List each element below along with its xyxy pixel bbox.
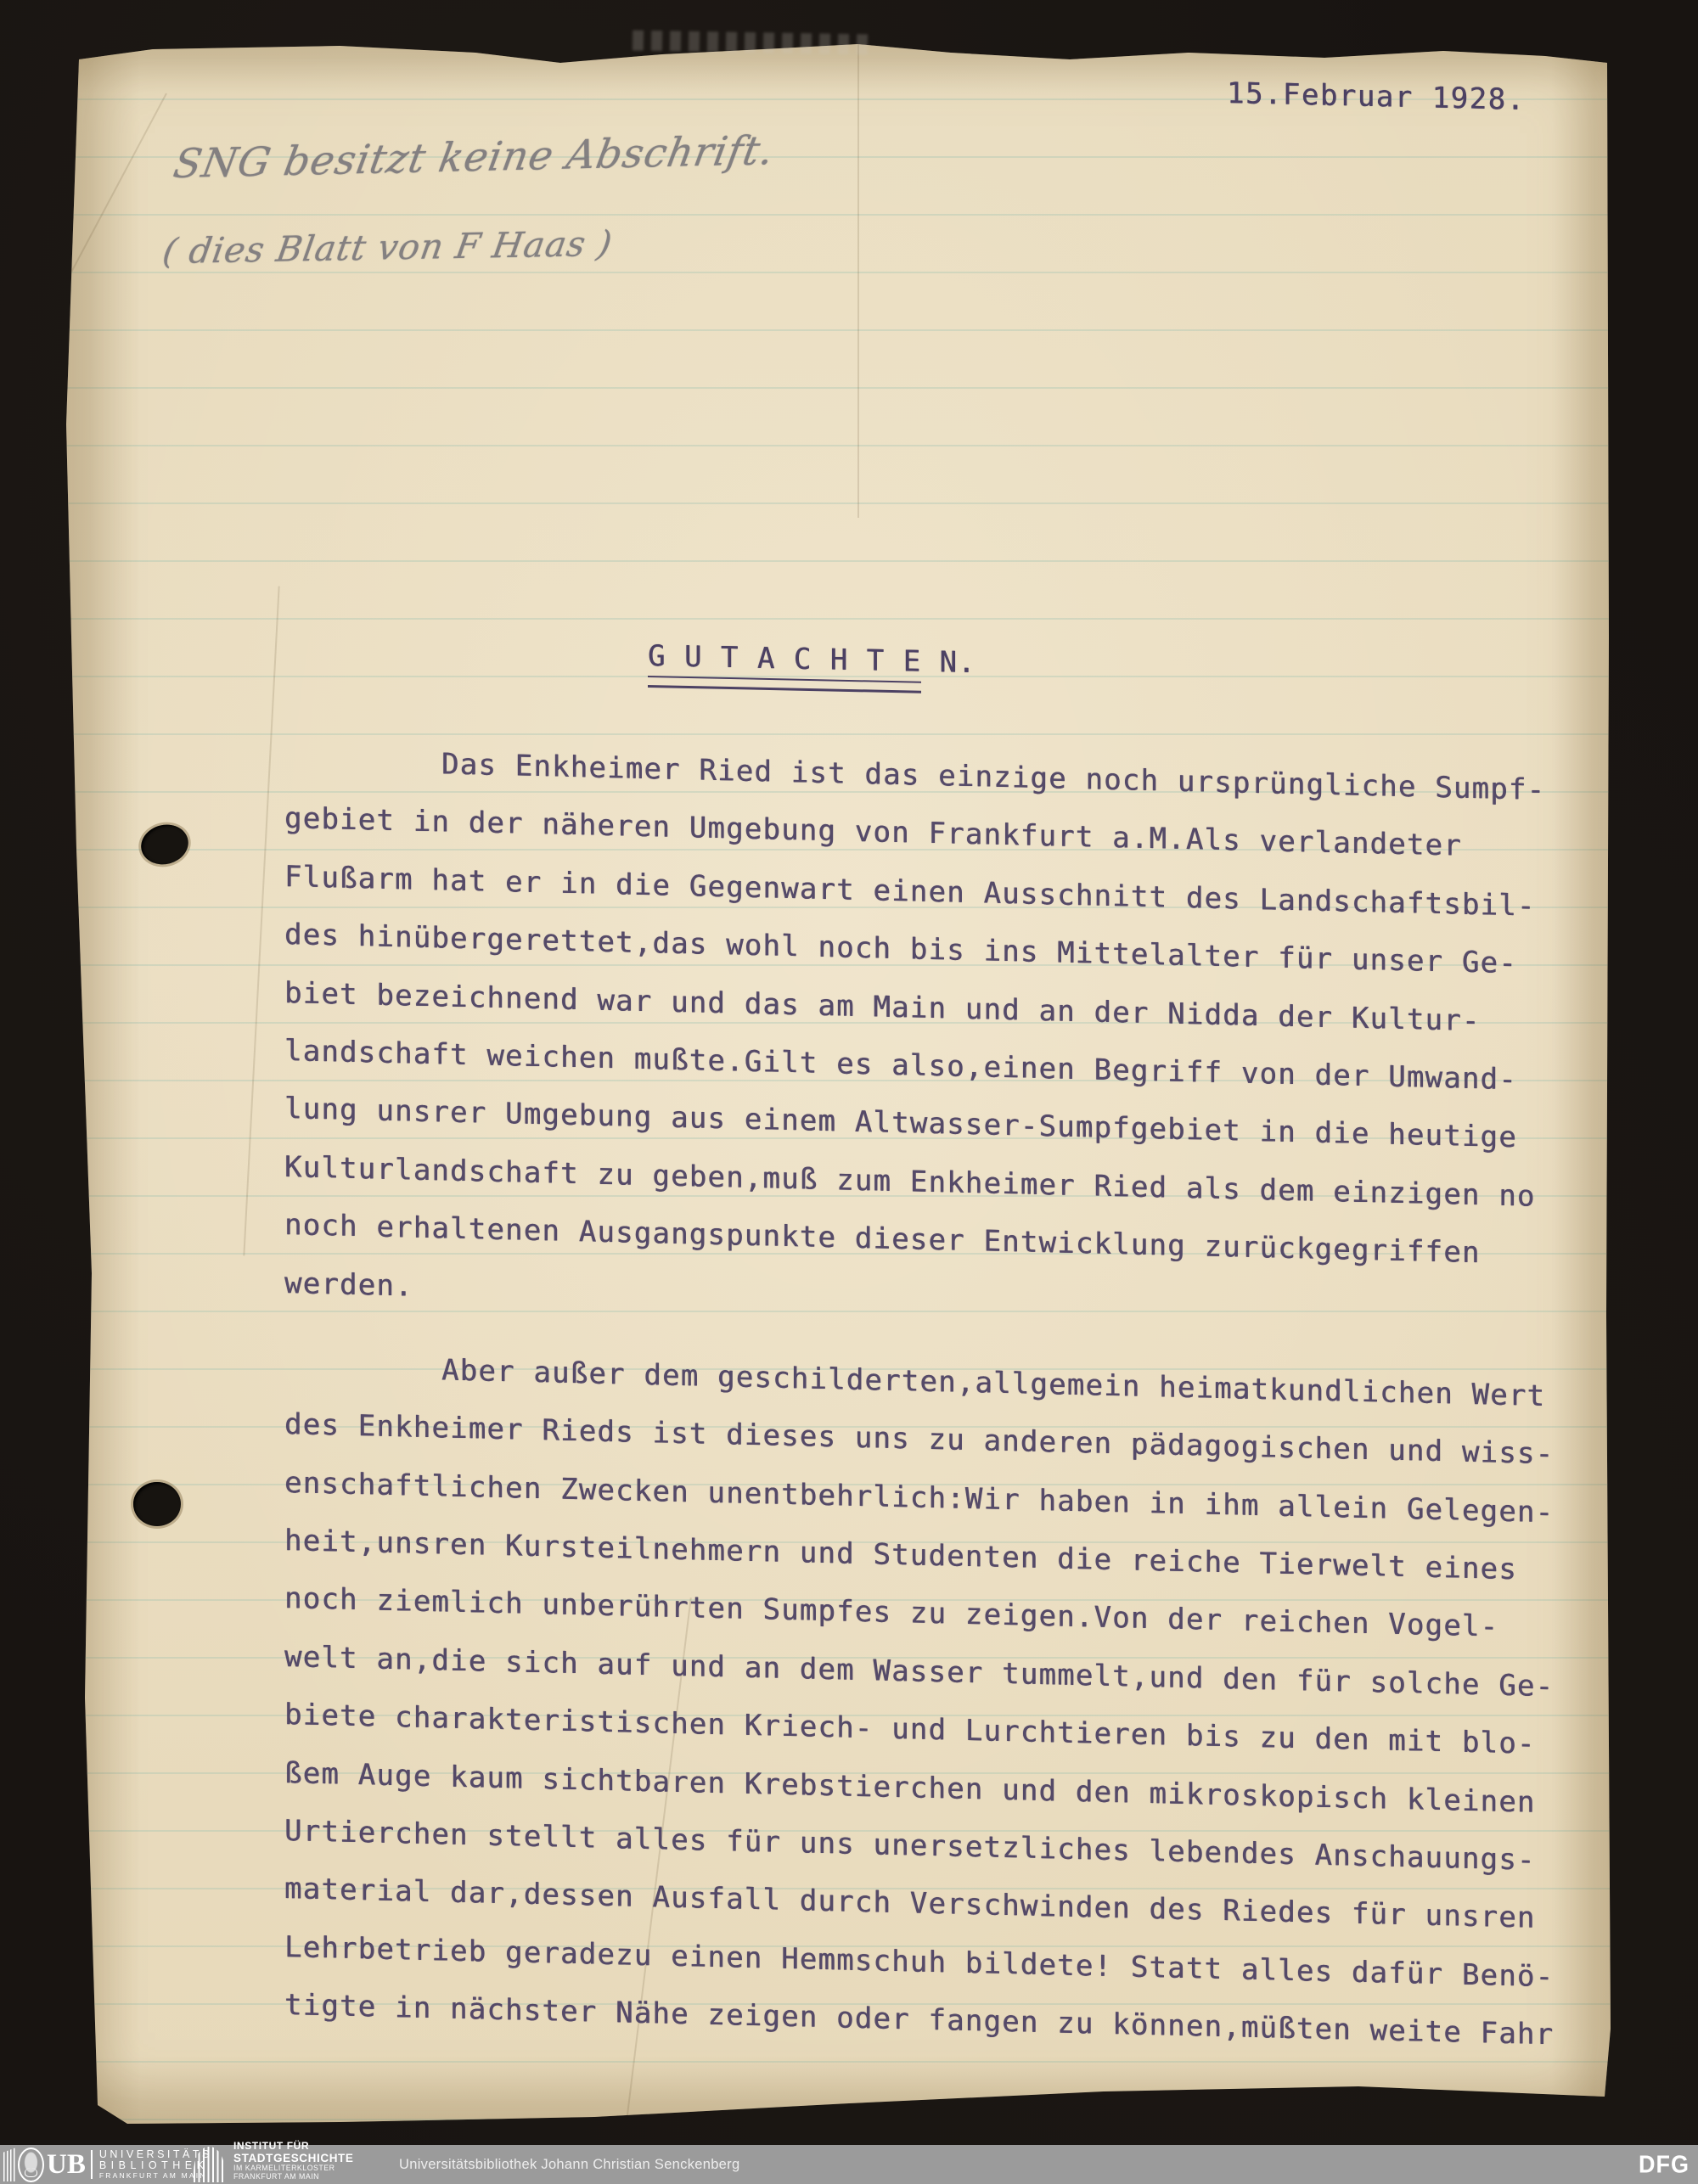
karmeliterkloster-arch-icon: [194, 2147, 225, 2182]
document-date: 15.Februar 1928.: [1227, 76, 1526, 117]
fold-crease: [857, 42, 859, 518]
scan-page: { "colors": { "background": "#181411", "…: [0, 0, 1698, 2184]
institut-stadtgeschichte-logo: INSTITUT FÜR STADTGESCHICHTE IM KARMELIT…: [194, 2147, 354, 2182]
ub-abbr: UB: [47, 2151, 86, 2179]
footer-bar: UB UNIVERSITÄTS BIBLIOTHEK FRANKFURT AM …: [0, 2145, 1698, 2184]
ub-portrait-icon: [18, 2148, 44, 2182]
ub-separator: [91, 2150, 93, 2179]
ub-pipes-icon: [3, 2148, 16, 2181]
punch-hole: [133, 1482, 181, 1526]
library-attribution: Universitätsbibliothek Johann Christian …: [399, 2145, 739, 2184]
handwritten-annotation: ( dies Blatt von F Haas ): [160, 223, 615, 272]
paragraph-1: Das Enkheimer Ried ist das einzige noch …: [284, 744, 1592, 1355]
document-body: Das Enkheimer Ried ist das einzige noch …: [284, 744, 1592, 2077]
ghost-text-fragment: [633, 31, 870, 55]
punch-hole: [137, 820, 192, 869]
dfg-logo: DFG: [1639, 2144, 1690, 2184]
document-title: G U T A C H T E N.: [648, 639, 976, 694]
isg-line1: INSTITUT FÜR: [233, 2141, 354, 2152]
fold-crease: [243, 586, 279, 1255]
fold-crease: [18, 93, 166, 372]
paragraph-2: Aber außer dem geschilderten,allgemein h…: [284, 1350, 1592, 2077]
isg-logo-text: INSTITUT FÜR STADTGESCHICHTE IM KARMELIT…: [233, 2141, 354, 2182]
ub-frankfurt-logo: UB UNIVERSITÄTS BIBLIOTHEK FRANKFURT AM …: [3, 2148, 212, 2181]
isg-line2: STADTGESCHICHTE: [233, 2152, 354, 2164]
isg-line4: FRANKFURT AM MAIN: [233, 2173, 354, 2181]
